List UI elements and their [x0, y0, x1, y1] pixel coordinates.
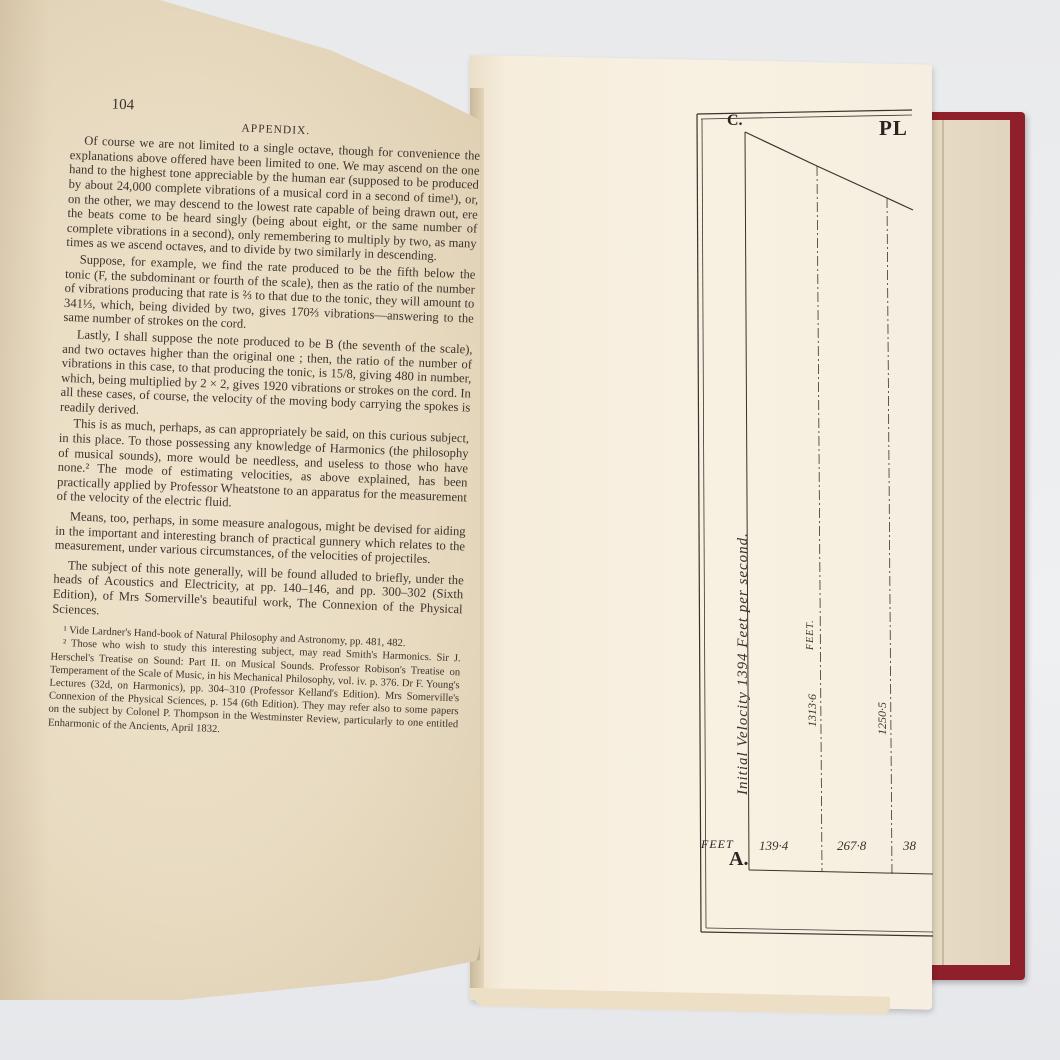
folded-plate-diagram: C. PL FEET A. 139·4 267·8 38 Initial Vel…	[697, 110, 937, 940]
endpaper-fold	[942, 120, 944, 965]
paragraph: Suppose, for example, we find the rate p…	[63, 252, 475, 341]
footnotes: ¹ Vide Lardner's Hand-book of Natural Ph…	[48, 624, 462, 745]
ordinate-value: 1313·6	[805, 694, 820, 727]
ordinate-unit: FEET.	[805, 619, 816, 650]
point-c-label: C.	[727, 112, 743, 130]
paragraph: Lastly, I shall suppose the note produce…	[60, 327, 473, 430]
paragraph: This is as much, perhaps, as can appropr…	[56, 416, 469, 519]
page-curl	[470, 988, 890, 1015]
paragraph: Of course we are not limited to a single…	[66, 133, 480, 265]
point-a-label: A.	[729, 848, 748, 871]
distance-tick: 267·8	[837, 838, 866, 854]
photo-scene: C. PL FEET A. 139·4 267·8 38 Initial Vel…	[0, 0, 1060, 1060]
footnote: ² Those who wish to study this interesti…	[48, 637, 461, 745]
page-shadow	[0, 0, 50, 1000]
initial-velocity-label: Initial Velocity 1394 Feet per second.	[735, 532, 752, 795]
ordinate-value: 1250·5	[875, 702, 890, 735]
left-page-text: 104 APPENDIX. Of course we are not limit…	[48, 96, 482, 745]
velocity-diagram	[697, 110, 937, 940]
plate-title: PL	[879, 116, 908, 141]
distance-tick: 139·4	[759, 838, 788, 854]
distance-tick: 38	[903, 838, 916, 854]
